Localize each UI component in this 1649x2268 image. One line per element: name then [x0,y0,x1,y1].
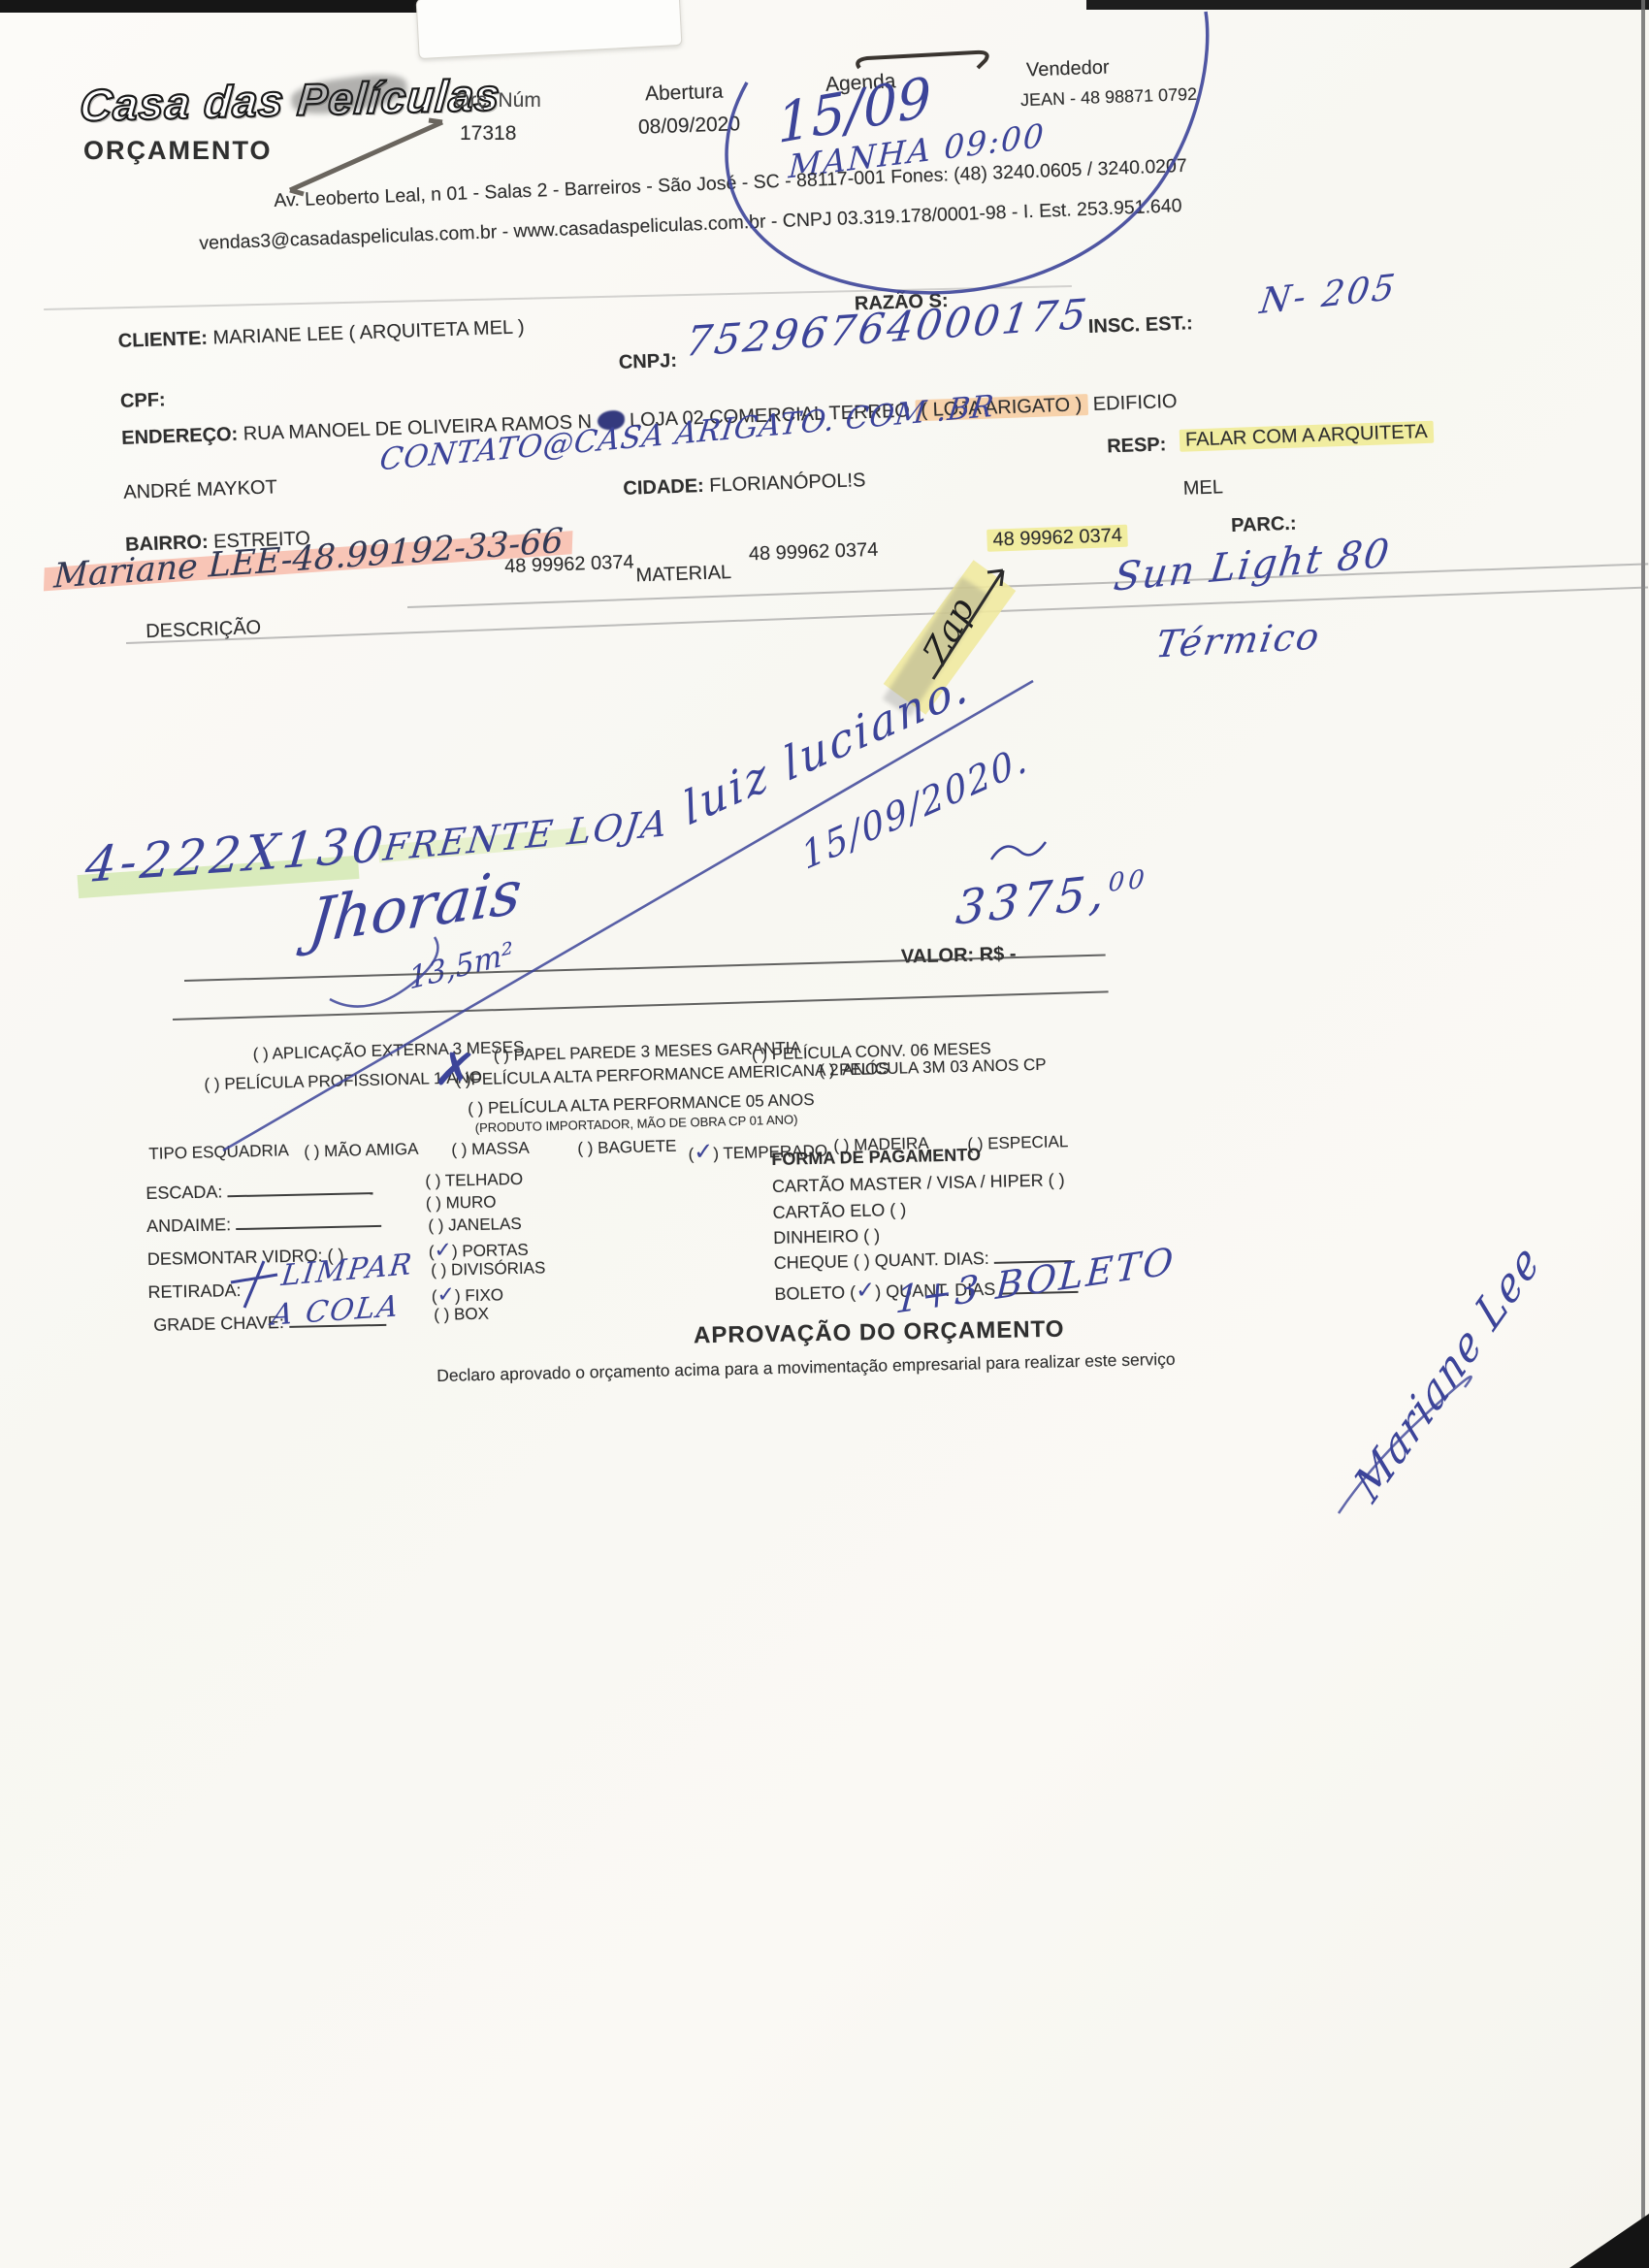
vendedor-label: Vendedor [1026,57,1110,82]
phone-2: 48 99962 0374 [749,539,879,567]
handwritten-total-value: 3375,00 [954,860,1149,935]
material-label: MATERIAL [635,562,731,587]
scan-corner-bottom-right [1569,2214,1649,2268]
company-logo: Casa das Películas [78,68,502,131]
cidade-label: CIDADE: [623,475,704,500]
escada-blank [227,1179,372,1197]
surface-box: ( ) BOX [434,1305,489,1325]
endereco-part-c: EDIFICIO [1092,391,1177,415]
cliente-value: MARIANE LEE ( ARQUITETA MEL ) [212,316,525,348]
surface-janelas: ( ) JANELAS [428,1215,522,1236]
doc-type-label: ORÇAMENTO [83,136,273,166]
scan-edge-right [1641,0,1645,2268]
handwritten-total-cents: 00 [1108,864,1149,898]
tipo-mao-amiga: ( ) MÃO AMIGA [304,1140,419,1162]
client-section: CLIENTE: MARIANE LEE ( ARQUITETA MEL ) R… [87,238,1633,708]
tipo-massa: ( ) MASSA [451,1139,530,1160]
valor-label: VALOR: R$ - [901,943,1017,968]
surface-divisorias: ( ) DIVISÓRIAS [431,1258,545,1280]
approval-declaration: Declaro aprovado o orçamento acima para … [436,1349,1176,1386]
payment-dinheiro: DINHEIRO ( ) [773,1225,880,1247]
handwritten-area: 13,5m² [407,935,514,996]
phone-3-highlighted: 48 99962 0374 [986,525,1128,552]
value-flourish [991,842,1046,859]
order-number-value: 17318 [460,122,516,146]
resp-line2: MEL [1182,476,1223,500]
abertura-date: 08/09/2020 [638,113,741,140]
escada-label: ESCADA: [145,1182,222,1203]
cpf-label: CPF: [120,389,166,413]
option-aplicacao-externa: ( ) APLICAÇÃO EXTERNA 3 MESES [252,1038,524,1064]
cnpj-label: CNPJ: [619,350,678,374]
value-line-1 [184,954,1106,982]
payment-title: FORMA DE PAGAMENTO [771,1145,981,1170]
staple-diagonal [290,120,442,194]
torn-paper-patch [416,0,683,59]
handwritten-location: FRENTE LOJA [381,802,671,869]
surface-telhado: ( ) TELHADO [425,1170,523,1191]
payment-cartao-master: CARTÃO MASTER / VISA / HIPER ( ) [772,1170,1065,1197]
resp-label: RESP: [1107,434,1167,458]
surface-muro: ( ) MURO [426,1192,497,1214]
phone-1: 48 99962 0374 [504,552,634,579]
handwritten-insc-est: N- 205 [1257,268,1400,323]
cliente-label: CLIENTE: [117,328,208,352]
tipo-baguete: ( ) BAGUETE [577,1137,677,1159]
abertura-label: Abertura [645,81,724,107]
staple [857,52,986,68]
tipo-esquadria-label: TIPO ESQUADRIA [148,1141,289,1164]
scan-edge-top-right [1086,0,1649,10]
cidade-value: FLORIANÓPOL!S [709,470,866,497]
retirada-label: RETIRADA: [147,1280,241,1303]
surface-checklist-section: ( ) TELHADO ( ) MURO ( ) JANELAS (✓) POR… [425,1159,681,1348]
andaime-blank [236,1212,381,1230]
portas-checkmark: ✓ [434,1238,452,1262]
handwritten-client-signature: Mariane Lee [1346,1233,1549,1513]
temperado-checkmark: ✓ [694,1138,714,1166]
resp-highlighted-note: FALAR COM A ARQUITETA [1180,421,1434,452]
surface-fixo: (✓) FIXO [432,1281,504,1308]
endereco-line2: ANDRÉ MAYKOT [123,476,277,504]
payment-cartao-elo: CARTÃO ELO ( ) [772,1200,906,1223]
parc-label: PARC.: [1231,513,1297,537]
approval-title: APROVAÇÃO DO ORÇAMENTO [694,1316,1065,1350]
endereco-label: ENDEREÇO: [121,424,239,449]
andaime-label: ANDAIME: [146,1215,231,1236]
handwritten-product-line2: Térmico [1153,614,1324,665]
vendedor-value: JEAN - 48 98871 0792 [1020,84,1198,111]
order-number-label: Orç. Núm [454,89,541,113]
boleto-checkmark: ✓ [856,1277,876,1304]
scanned-budget-form: Casa das Películas ORÇAMENTO Orç. Núm 17… [0,0,1649,2268]
insc-est-label: INSC. EST.: [1088,312,1194,339]
fixo-checkmark: ✓ [436,1282,455,1307]
handwritten-x-mark: ✗ [431,1039,479,1100]
